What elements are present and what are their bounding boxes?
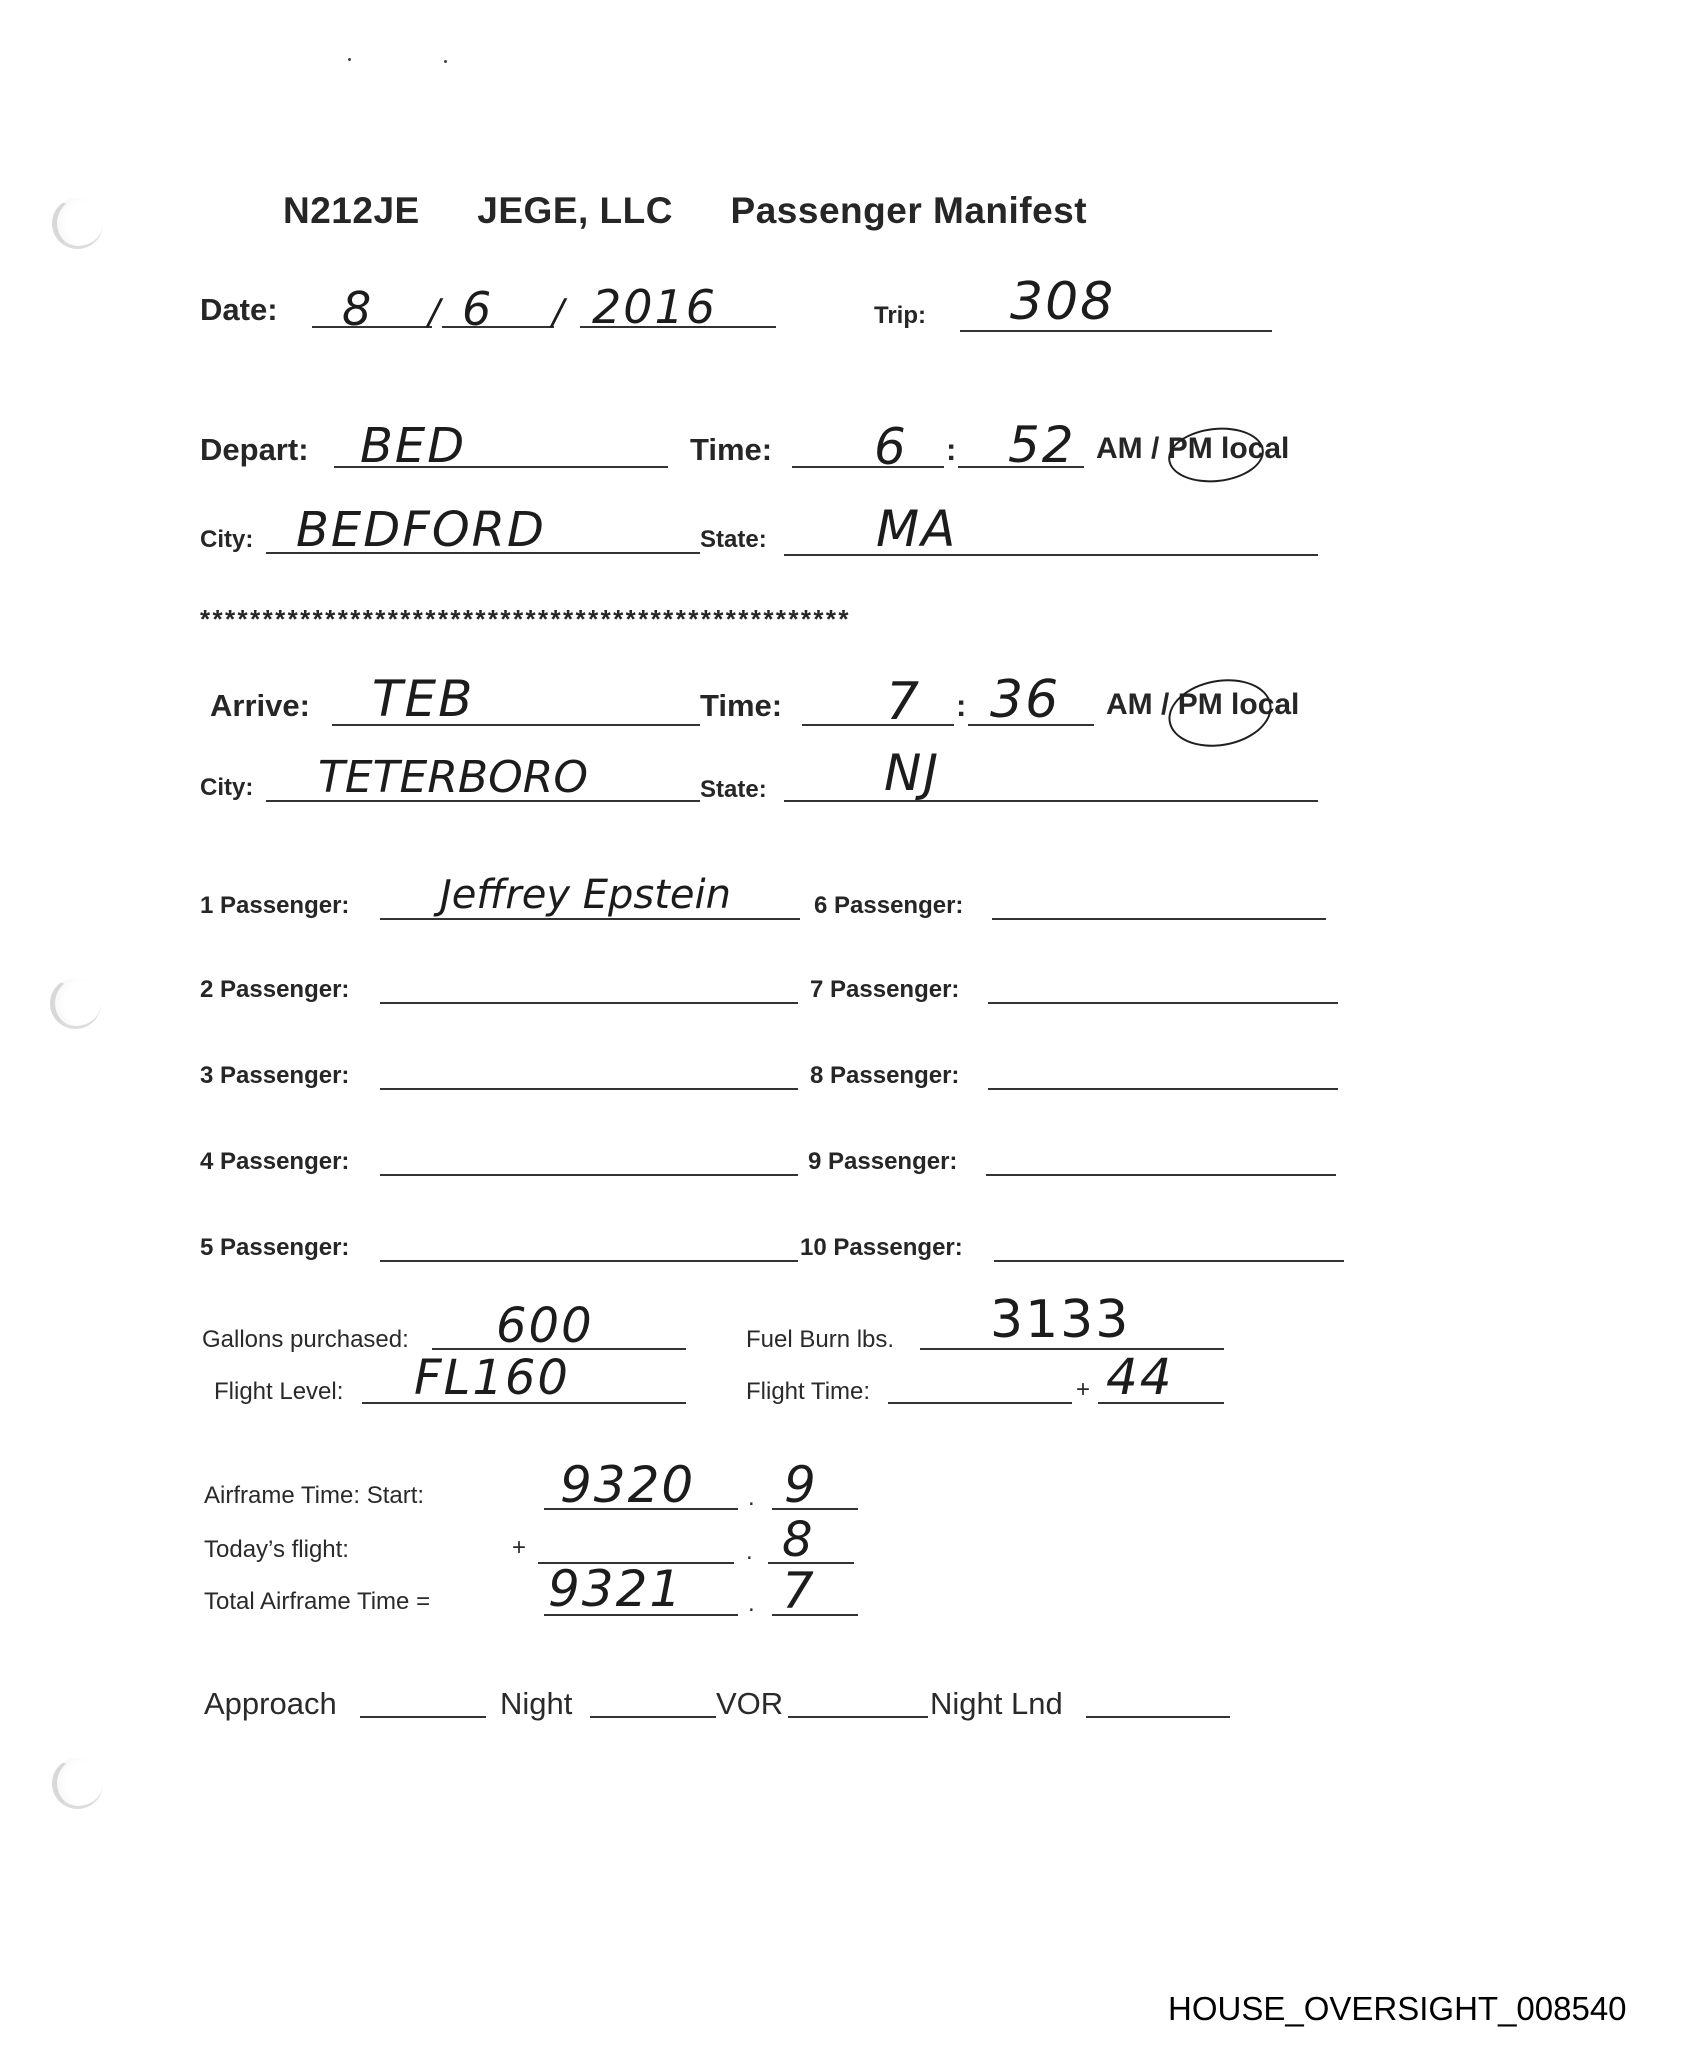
passenger-1-label: 1 Passenger: [200, 892, 349, 920]
night-field[interactable] [590, 1716, 716, 1718]
arrive-hour-field[interactable] [802, 724, 954, 726]
passenger-8-field[interactable] [988, 1088, 1338, 1090]
arrive-hour-value: 7 [886, 672, 921, 732]
airframe-dot: . [748, 1590, 755, 1618]
depart-minute-value: 52 [1008, 416, 1076, 474]
date-year-value: 2016 [592, 280, 717, 334]
depart-city-value: BEDFORD [296, 502, 546, 558]
passenger-10-field[interactable] [994, 1260, 1344, 1262]
passenger-7-field[interactable] [988, 1002, 1338, 1004]
flight-level-value: FL160 [414, 1350, 570, 1406]
airframe-start-whole-value: 9320 [560, 1456, 695, 1514]
flight-level-label: Flight Level: [214, 1378, 343, 1406]
passenger-10-label: 10 Passenger: [800, 1234, 963, 1262]
passenger-8-label: 8 Passenger: [810, 1062, 959, 1090]
todays-flight-plus: + [512, 1534, 526, 1562]
depart-time-label: Time: [690, 432, 772, 468]
passenger-2-label: 2 Passenger: [200, 976, 349, 1004]
flight-time-plus: + [1076, 1376, 1090, 1404]
passenger-7-label: 7 Passenger: [810, 976, 959, 1004]
total-airframe-whole-value: 9321 [548, 1560, 683, 1618]
passenger-5-label: 5 Passenger: [200, 1234, 349, 1262]
todays-flight-tenths-value: 8 [782, 1512, 815, 1568]
todays-flight-label: Today’s flight: [204, 1536, 349, 1564]
passenger-3-label: 3 Passenger: [200, 1062, 349, 1090]
airframe-dot: . [746, 1538, 753, 1566]
fuel-burn-label: Fuel Burn lbs. [746, 1326, 894, 1354]
punch-hole-middle [50, 978, 101, 1029]
arrive-label: Arrive: [210, 688, 310, 724]
total-airframe-tenths-value: 7 [782, 1562, 816, 1620]
trip-field[interactable] [960, 330, 1272, 332]
date-label: Date: [200, 292, 278, 328]
flight-time-label: Flight Time: [746, 1378, 870, 1406]
passenger-2-field[interactable] [380, 1002, 798, 1004]
depart-hour-value: 6 [874, 418, 908, 476]
flight-time-hours-field[interactable] [888, 1402, 1072, 1404]
depart-state-label: State: [700, 526, 767, 554]
date-separator: / [552, 292, 566, 333]
depart-city-label: City: [200, 526, 253, 554]
company-name: JEGE, LLC [477, 190, 673, 231]
depart-airport-value: BED [360, 418, 466, 474]
am-option[interactable]: AM [1106, 688, 1153, 721]
scan-speck [444, 60, 447, 63]
passenger-5-field[interactable] [380, 1260, 798, 1262]
depart-time-colon: : [946, 432, 956, 468]
section-separator: ****************************************… [200, 604, 851, 635]
date-day-value: 6 [462, 282, 493, 336]
vor-label: VOR [716, 1686, 783, 1722]
arrive-state-field[interactable] [784, 800, 1318, 802]
am-option[interactable]: AM [1096, 432, 1143, 465]
date-day-field[interactable] [442, 326, 554, 328]
airframe-start-tenths-value: 9 [784, 1456, 818, 1514]
tail-number: N212JE [283, 190, 420, 231]
arrive-city-value: TETERBORO [318, 752, 588, 803]
gallons-label: Gallons purchased: [202, 1326, 409, 1354]
passenger-9-label: 9 Passenger: [808, 1148, 957, 1176]
bates-number: HOUSE_OVERSIGHT_008540 [1168, 1990, 1627, 2028]
arrive-state-label: State: [700, 776, 767, 804]
passenger-6-field[interactable] [992, 918, 1326, 920]
vor-field[interactable] [788, 1716, 928, 1718]
approach-label: Approach [204, 1686, 337, 1722]
night-landing-field[interactable] [1086, 1716, 1230, 1718]
trip-value: 308 [1010, 272, 1115, 332]
passenger-9-field[interactable] [986, 1174, 1336, 1176]
date-separator: / [428, 292, 442, 333]
fuel-burn-value: 3133 [990, 1290, 1130, 1350]
flight-time-minutes-value: 44 [1106, 1348, 1174, 1406]
trip-label: Trip: [874, 302, 926, 330]
depart-label: Depart: [200, 432, 309, 468]
pm-circle-mark [1163, 671, 1277, 754]
depart-hour-field[interactable] [792, 466, 944, 468]
page-title: Passenger Manifest [731, 190, 1088, 231]
arrive-state-value: NJ [884, 744, 940, 802]
depart-state-value: MA [876, 500, 957, 558]
punch-hole-top [52, 198, 103, 249]
approach-field[interactable] [360, 1716, 486, 1718]
passenger-1-field[interactable] [380, 918, 800, 920]
date-month-value: 8 [342, 282, 373, 336]
total-airframe-label: Total Airframe Time = [204, 1588, 430, 1616]
passenger-6-label: 6 Passenger: [814, 892, 963, 920]
punch-hole-bottom [52, 1758, 103, 1809]
airframe-start-label: Airframe Time: Start: [204, 1482, 424, 1510]
arrive-time-label: Time: [700, 688, 782, 724]
depart-state-field[interactable] [784, 554, 1318, 556]
passenger-3-field[interactable] [380, 1088, 798, 1090]
passenger-1-value: Jeffrey Epstein [440, 872, 731, 918]
arrive-time-colon: : [956, 688, 966, 724]
form-header: N212JE JEGE, LLC Passenger Manifest [283, 190, 1087, 232]
arrive-minute-value: 36 [990, 670, 1060, 730]
airframe-dot: . [748, 1484, 755, 1512]
passenger-4-field[interactable] [380, 1174, 798, 1176]
gallons-value: 600 [496, 1298, 594, 1354]
night-landing-label: Night Lnd [930, 1686, 1063, 1722]
passenger-4-label: 4 Passenger: [200, 1148, 349, 1176]
arrive-airport-value: TEB [372, 670, 474, 728]
arrive-city-label: City: [200, 774, 253, 802]
scan-speck [348, 58, 351, 61]
night-label: Night [500, 1686, 572, 1722]
